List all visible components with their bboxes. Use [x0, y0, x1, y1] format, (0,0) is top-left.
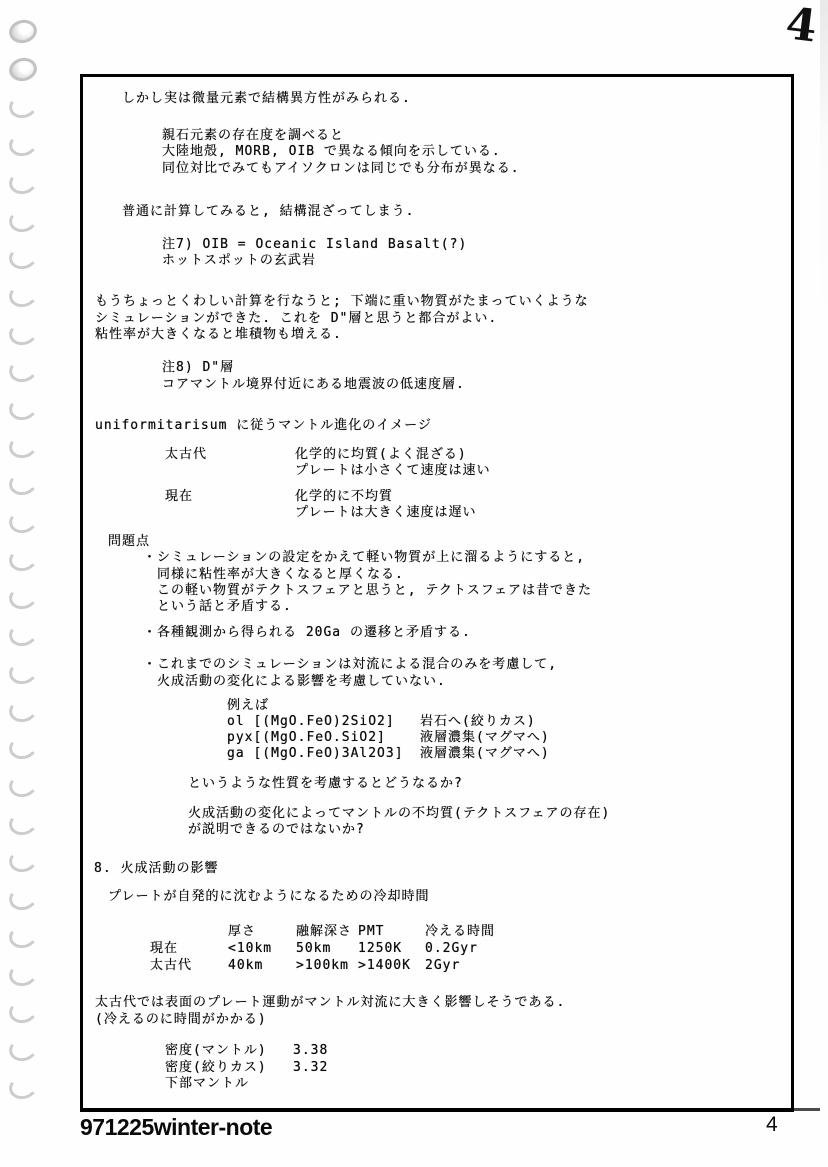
paragraph-line: (冷えるのに時間がかかる) [95, 1012, 267, 1028]
example-heading: 例えば [227, 698, 269, 714]
paragraph-line: シミュレーションができた. これを D"層と思うと都合がよい. [95, 311, 497, 327]
spiral-hole [7, 621, 39, 649]
problem-line: という話と矛盾する. [157, 599, 292, 615]
paragraph-line: uniformitarisum に従うマントル進化のイメージ [95, 418, 432, 434]
footnote-line: コアマントル境界付近にある地震波の低速度層. [162, 377, 465, 393]
spiral-hole [7, 130, 39, 158]
spiral-hole [7, 432, 39, 460]
problem-line: ・これまでのシミュレーションは対流による混合のみを考慮して, [143, 657, 557, 673]
table-header-cell: PMT [358, 924, 384, 940]
footer-filename: 971225winter-note [80, 1114, 272, 1141]
paragraph-line: 太古代では表面のプレート運動がマントル対流に大きく影響しそうである. [95, 995, 565, 1011]
spiral-hole [7, 507, 39, 535]
spiral-hole [7, 17, 39, 45]
problems-heading: 問題点 [108, 534, 150, 550]
paragraph-line: 大陸地殻, MORB, OIB で異なる傾向を示している. [162, 144, 501, 160]
footnote-line: 注7) OIB = Oceanic Island Basalt(?) [162, 237, 467, 253]
footnote-line: ホットスポットの玄武岩 [162, 253, 316, 269]
question-line: というような性質を考慮するとどうなるか? [188, 776, 463, 792]
printed-page-number: 4 [766, 1113, 778, 1137]
spiral-hole [7, 960, 39, 988]
paragraph-line: 下部マントル [165, 1076, 249, 1092]
spiral-hole [7, 696, 39, 724]
table-cell: 0.2Gyr [425, 941, 478, 957]
density-label: 密度(絞りカス) [165, 1060, 267, 1076]
mineral-formula: ga [(MgO.FeO)3Al2O3] [227, 746, 404, 762]
spiral-hole [7, 93, 39, 121]
spiral-hole [7, 583, 39, 611]
footnote-line: 注8) D"層 [162, 360, 234, 376]
problem-line: ・各種観測から得られる 20Ga の遷移と矛盾する. [143, 625, 471, 641]
spiral-hole [7, 55, 39, 83]
table-cell: 50km [296, 941, 331, 957]
paragraph-line: しかし実は微量元素で結構異方性がみられる. [122, 91, 411, 107]
spiral-hole [7, 734, 39, 762]
table-cell: 40km [228, 958, 263, 974]
paragraph-line: 粘性率が大きくなると堆積物も増える. [95, 327, 342, 343]
spiral-hole [7, 1035, 39, 1063]
bottom-rule-extension [794, 1108, 820, 1111]
spiral-hole [7, 206, 39, 234]
spiral-hole [7, 884, 39, 912]
paragraph-line: 普通に計算してみると, 結構混ざってしまう. [122, 204, 414, 220]
spiral-hole [7, 281, 39, 309]
density-value: 3.38 [293, 1043, 328, 1059]
problem-line: ・シミュレーションの設定をかえて軽い物質が上に溜るようにすると, [143, 550, 585, 566]
paragraph-line: 同位対比でみてもアイソクロンは同じでも分布が異なる. [162, 161, 520, 177]
spiral-hole [7, 658, 39, 686]
mineral-fate: 液層濃集(マグマへ) [420, 746, 550, 762]
table-cell: 1250K [358, 941, 402, 957]
spiral-hole [7, 809, 39, 837]
table-cell: 2Gyr [425, 958, 460, 974]
mineral-formula: ol [(MgO.FeO)2SiO2] [227, 714, 395, 730]
mineral-fate: 岩石へ(絞りカス) [420, 714, 536, 730]
table-cell: >100km [296, 958, 349, 974]
handwritten-page-number: 4 [783, 0, 820, 53]
problem-line: 火成活動の変化による影響を考慮していない. [157, 674, 446, 690]
density-value: 3.32 [293, 1060, 328, 1076]
density-label: 密度(マントル) [165, 1043, 267, 1059]
evolution-desc: 化学的に不均質 [295, 489, 393, 505]
evolution-desc: プレートは小さくて速度は速い [295, 463, 490, 479]
table-row-label: 太古代 [150, 958, 192, 974]
spiral-hole [7, 998, 39, 1026]
spiral-hole [7, 1073, 39, 1101]
question-line: 火成活動の変化によってマントルの不均質(テクトスフェアの存在) [188, 806, 610, 822]
paragraph-line: もうちょっとくわしい計算を行なうと; 下端に重い物質がたまっていくような [95, 294, 589, 310]
question-line: が説明できるのではないか? [188, 822, 365, 838]
mineral-formula: pyx[(MgO.FeO.SiO2] [227, 730, 386, 746]
paragraph-line: プレートが自発的に沈むようになるための冷却時間 [108, 889, 429, 905]
scanned-note-page: 4 しかし実は微量元素で結構異方性がみられる. 親石元素の存在度を調べると 大陸… [0, 0, 828, 1167]
spiral-hole [7, 319, 39, 347]
evolution-era: 太古代 [165, 447, 207, 463]
paragraph-line: 親石元素の存在度を調べると [162, 128, 344, 144]
spiral-hole [7, 545, 39, 573]
table-header-cell: 厚さ [228, 924, 256, 940]
spiral-hole [7, 168, 39, 196]
spiral-hole [7, 922, 39, 950]
table-cell: <10km [228, 941, 272, 957]
evolution-desc: プレートは大きく速度は遅い [295, 505, 476, 521]
section-heading: 8. 火成活動の影響 [94, 861, 218, 877]
table-header-cell: 冷える時間 [425, 924, 495, 940]
spiral-hole [7, 847, 39, 875]
mineral-fate: 液層濃集(マグマへ) [420, 730, 550, 746]
table-row-label: 現在 [150, 941, 178, 957]
spiral-hole [7, 244, 39, 272]
spiral-hole [7, 394, 39, 422]
table-cell: >1400K [358, 958, 411, 974]
evolution-era: 現在 [165, 489, 193, 505]
spiral-hole [7, 771, 39, 799]
spiral-hole [7, 357, 39, 385]
problem-line: 同様に粘性率が大きくなると厚くなる. [157, 567, 404, 583]
evolution-desc: 化学的に均質(よく混ざる) [295, 447, 467, 463]
problem-line: この軽い物質がテクトスフェアと思うと, テクトスフェアは昔できた [157, 583, 592, 599]
table-header-cell: 融解深さ [296, 924, 352, 940]
spiral-hole [7, 470, 39, 498]
